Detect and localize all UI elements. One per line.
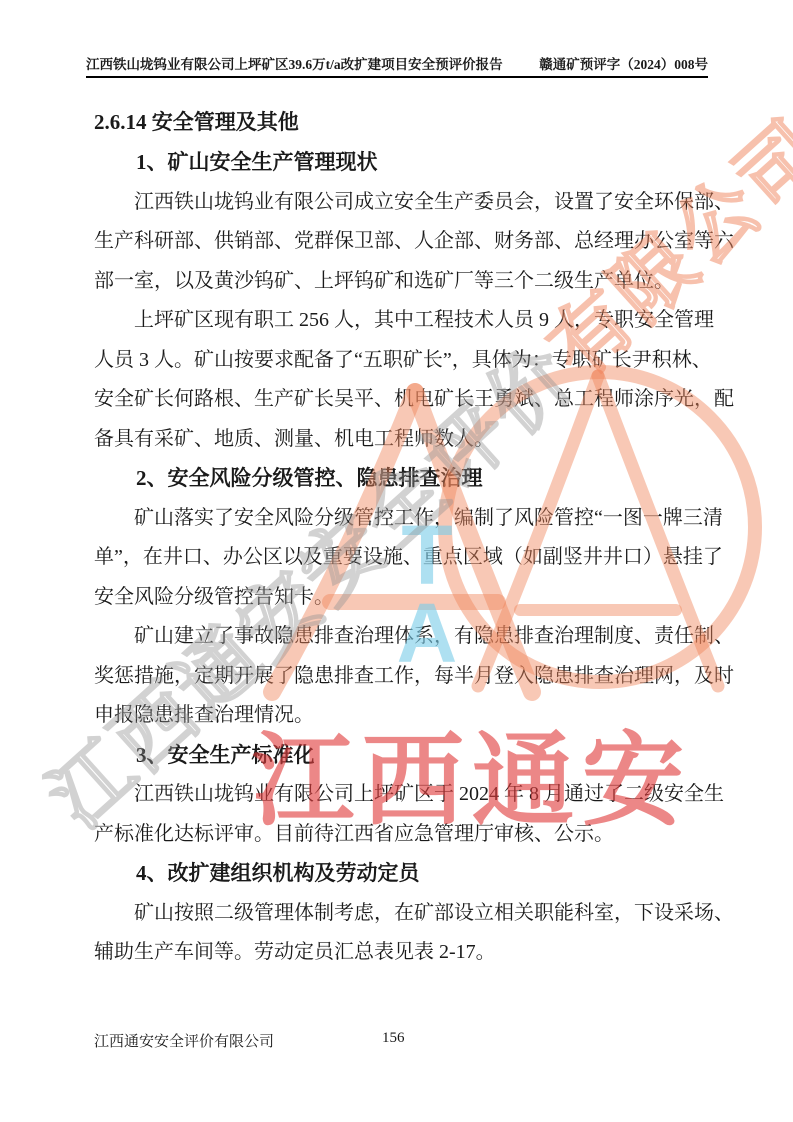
paragraph-line: 矿山落实了安全风险分级管控工作，编制了风险管控“一图一牌三清 bbox=[94, 499, 700, 539]
paragraph-line: 部一室，以及黄沙钨矿、上坪钨矿和选矿厂等三个二级生产单位。 bbox=[94, 262, 700, 302]
page-header: 江西铁山垅钨业有限公司上坪矿区39.6万t/a改扩建项目安全预评价报告 赣通矿预… bbox=[86, 50, 708, 78]
footer-page-number: 156 bbox=[382, 1030, 405, 1047]
subsection-heading: 1、矿山安全生产管理现状 bbox=[94, 143, 700, 183]
footer-company-name: 江西通安安全评价有限公司 bbox=[94, 1030, 274, 1051]
subsection-heading: 2、安全风险分级管控、隐患排查治理 bbox=[94, 459, 700, 499]
paragraph-line: 辅助生产车间等。劳动定员汇总表见表 2-17。 bbox=[94, 933, 700, 973]
paragraph-line: 备具有采矿、地质、测量、机电工程师数人。 bbox=[94, 420, 700, 460]
paragraph-line: 安全矿长何路根、生产矿长吴平、机电矿长王勇斌、总工程师涂序光，配 bbox=[94, 380, 700, 420]
paragraph-line: 申报隐患排查治理情况。 bbox=[94, 696, 700, 736]
subsection-heading: 4、改扩建组织机构及劳动定员 bbox=[94, 854, 700, 894]
paragraph-line: 安全风险分级管控告知卡。 bbox=[94, 578, 700, 618]
subsection-heading: 3、安全生产标准化 bbox=[94, 736, 700, 776]
header-doc-number: 赣通矿预评字（2024）008号 bbox=[539, 53, 708, 73]
paragraph-line: 人员 3 人。矿山按要求配备了“五职矿长”，具体为：专职矿长尹积林、 bbox=[94, 341, 700, 381]
document-body: 2.6.14 安全管理及其他1、矿山安全生产管理现状江西铁山垅钨业有限公司成立安… bbox=[94, 102, 700, 973]
paragraph-line: 上坪矿区现有职工 256 人，其中工程技术人员 9 人，专职安全管理 bbox=[94, 301, 700, 341]
paragraph-line: 生产科研部、供销部、党群保卫部、人企部、财务部、总经理办公室等六 bbox=[94, 222, 700, 262]
paragraph-line: 单”，在井口、办公区以及重要设施、重点区域（如副竖井井口）悬挂了 bbox=[94, 538, 700, 578]
paragraph-line: 奖惩措施，定期开展了隐患排查工作，每半月登入隐患排查治理网，及时 bbox=[94, 657, 700, 697]
paragraph-line: 江西铁山垅钨业有限公司上坪矿区于 2024 年 8 月通过了二级安全生 bbox=[94, 775, 700, 815]
paragraph-line: 产标准化达标评审。目前待江西省应急管理厅审核、公示。 bbox=[94, 815, 700, 855]
section-heading: 2.6.14 安全管理及其他 bbox=[94, 102, 700, 143]
document-page: 江西铁山垅钨业有限公司上坪矿区39.6万t/a改扩建项目安全预评价报告 赣通矿预… bbox=[0, 0, 793, 1122]
page-footer: 江西通安安全评价有限公司 156 bbox=[94, 1030, 700, 1054]
paragraph-line: 江西铁山垅钨业有限公司成立安全生产委员会，设置了安全环保部、 bbox=[94, 183, 700, 223]
paragraph-line: 矿山按照二级管理体制考虑，在矿部设立相关职能科室，下设采场、 bbox=[94, 894, 700, 934]
paragraph-line: 矿山建立了事故隐患排查治理体系，有隐患排查治理制度、责任制、 bbox=[94, 617, 700, 657]
header-report-title: 江西铁山垅钨业有限公司上坪矿区39.6万t/a改扩建项目安全预评价报告 bbox=[86, 53, 503, 73]
